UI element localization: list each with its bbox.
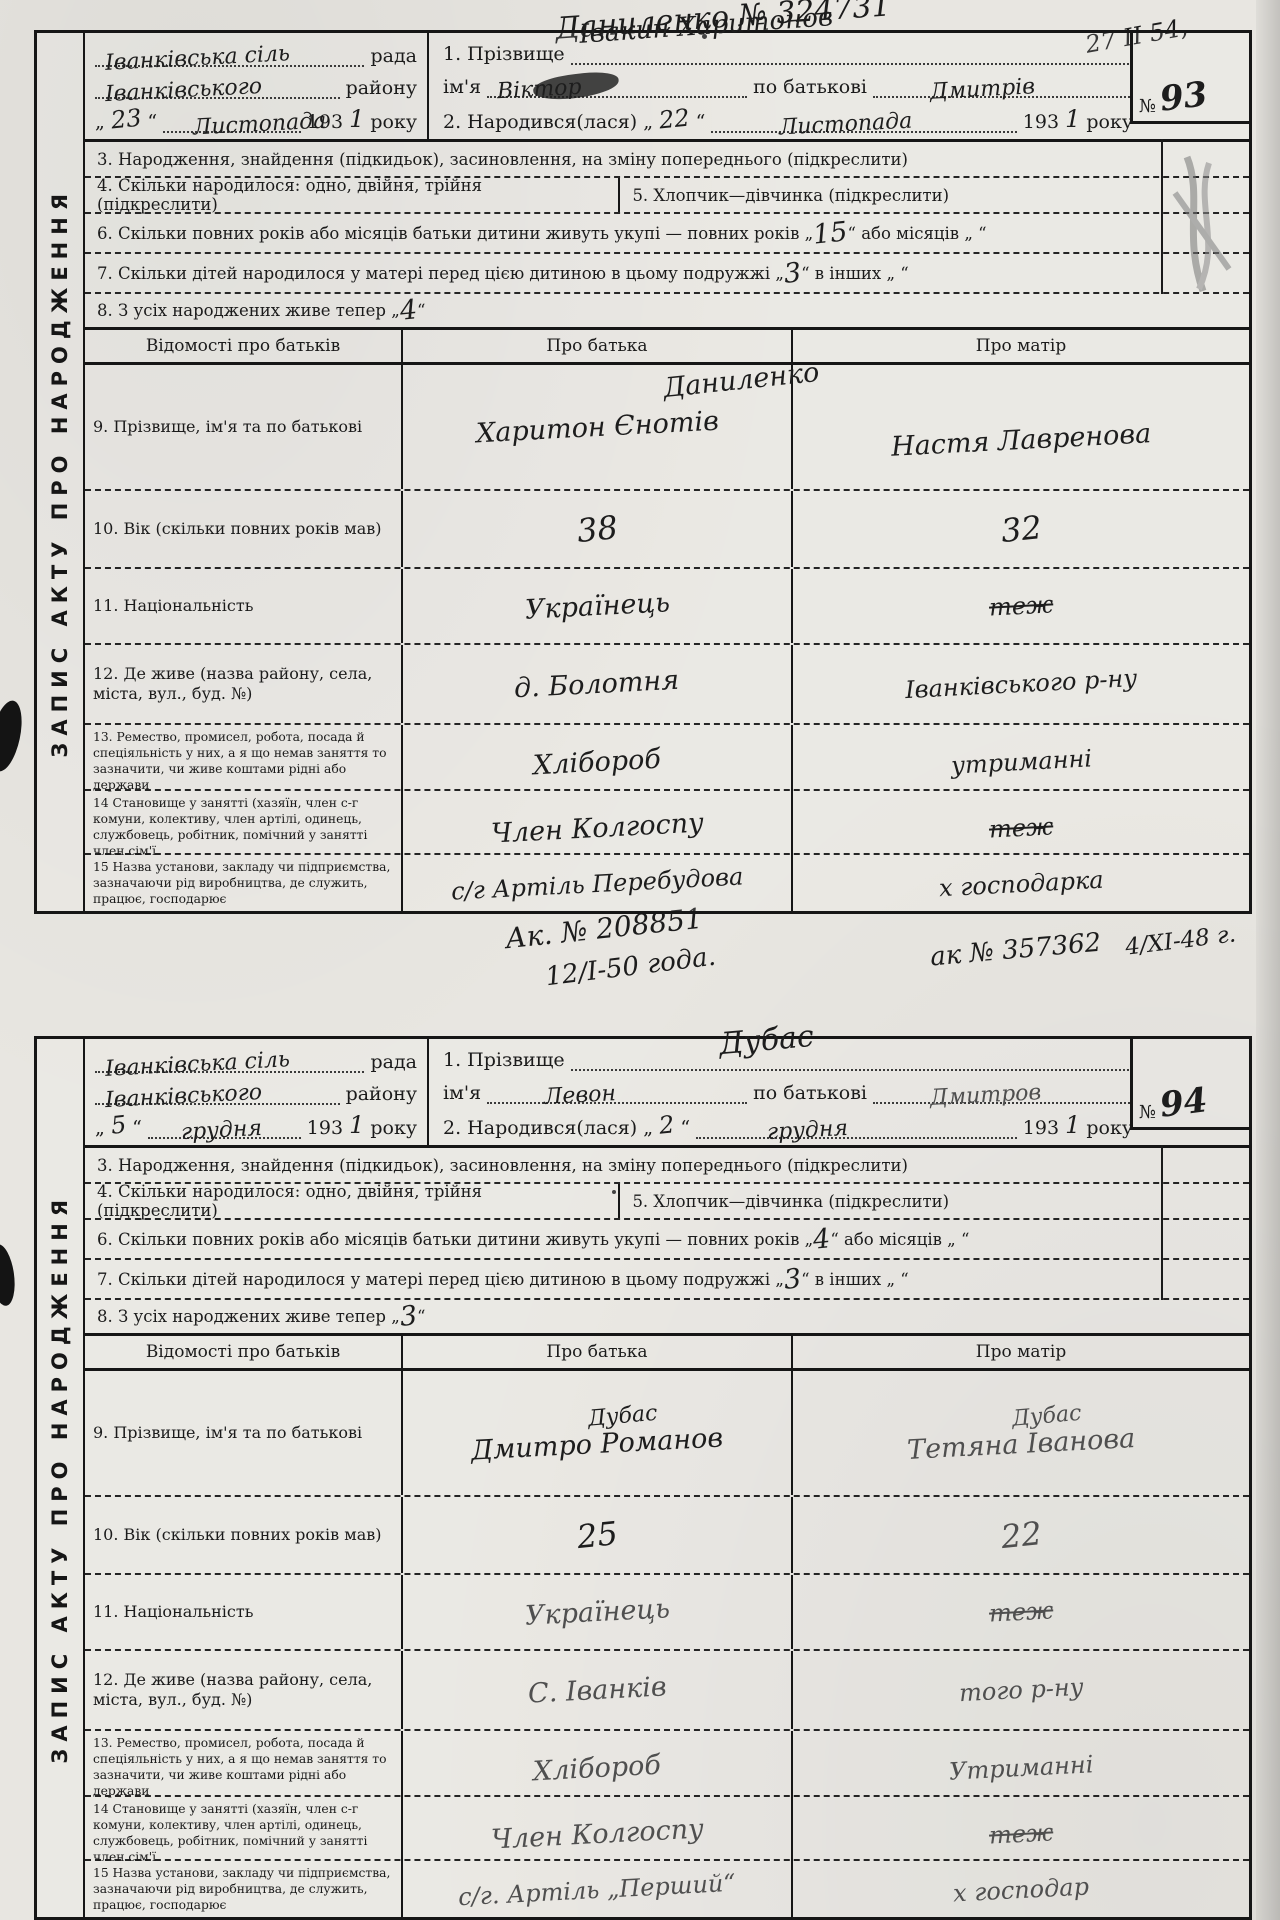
registration-month: Листопада: [193, 109, 327, 141]
surname-label: 1. Прізвище: [443, 1049, 565, 1071]
mother-position: теж: [988, 813, 1054, 844]
registration-day: 5: [109, 1110, 127, 1139]
mother-header: Про матір: [793, 1336, 1249, 1368]
father-fullname: Харитон Єнотів: [475, 405, 719, 449]
alive-now-value: 4: [398, 294, 418, 327]
father-occupation: Хлібороб: [532, 744, 661, 782]
row-9-names: 9. Прізвище, ім'я та по батькові Дубас Д…: [85, 1371, 1249, 1497]
father-position: Член Колгоспу: [490, 807, 704, 849]
mother-organization: х господарка: [938, 866, 1104, 903]
birth-year-digit: 1: [1065, 1111, 1080, 1139]
father-organization: с/г Артіль Перебудова: [450, 863, 744, 906]
right-margin-line: [1161, 139, 1163, 294]
child-block: Івакин Харитонов 1. Прізвище ім'я Віктор…: [429, 33, 1249, 139]
residence-father-part: С. Іванків: [527, 1671, 667, 1709]
mother-age: 32: [999, 508, 1043, 550]
patronymic-label: по батькові: [753, 1082, 867, 1104]
row-13-occupation: 13. Ремество, промисел, робота, посада й…: [85, 725, 1249, 791]
raion-label: району: [346, 77, 417, 99]
raion-value: Іванківського: [104, 1080, 262, 1113]
patronymic-label: по батькові: [753, 76, 867, 98]
row-10-age: 10. Вік (скільки повних років мав) 25 22: [85, 1497, 1249, 1575]
residence-father-part: д. Болотня: [514, 664, 680, 704]
row-14-position: 14 Становище у занятті (хазяїн, член с-г…: [85, 791, 1249, 855]
registration-month: грудня: [181, 1116, 263, 1145]
father-fullname: Дмитро Романов: [470, 1422, 723, 1466]
form-side-column: ЗАПИС АКТУ ПРО НАРОДЖЕННЯ: [37, 1039, 85, 1917]
alive-now-value: 3: [398, 1300, 418, 1333]
registration-date-line: „5“ грудня 1931 року: [95, 1111, 417, 1139]
patronymic-value: Дмитров: [930, 1080, 1042, 1111]
mother-occupation: Утриманні: [948, 1751, 1094, 1787]
registration-day: 23: [109, 103, 142, 134]
side-title: ЗАПИС АКТУ ПРО НАРОДЖЕННЯ: [48, 1193, 72, 1764]
mother-occupation: утриманні: [950, 745, 1092, 780]
years-together-value: 4: [812, 1223, 832, 1256]
row-8: 8. З усіх народжених живе тепер „ 3 “: [85, 1300, 1249, 1336]
row-11-nationality: 11. Національність Українець теж: [85, 1575, 1249, 1651]
parents-table-header: Відомості про батьків Про батька Про мат…: [85, 1336, 1249, 1371]
surname-line: 1. Прізвище: [443, 1045, 1133, 1071]
years-together-value: 15: [812, 216, 849, 250]
rada-value: Іванківська сіль: [104, 1047, 290, 1082]
birth-year-digit: 1: [1065, 105, 1080, 133]
annotation-mid-right-number: ак № 357362: [929, 928, 1102, 973]
mother-nationality: теж: [988, 590, 1054, 621]
born-label: 2. Народився(лася): [443, 111, 637, 133]
mother-organization: х господар: [952, 1873, 1089, 1908]
raion-label: району: [346, 1083, 417, 1105]
mother-nationality: теж: [988, 1596, 1054, 1627]
number-label: №: [1139, 96, 1156, 117]
registration-year-digit: 1: [349, 1111, 364, 1139]
row-3: 3. Народження, знайдення (підкидьок), за…: [85, 1148, 1249, 1184]
father-age: 25: [575, 1514, 619, 1556]
row-13-occupation: 13. Ремество, промисел, робота, посада й…: [85, 1731, 1249, 1797]
row-11-nationality: 11. Національність Українець теж: [85, 569, 1249, 645]
record-number: 94: [1158, 1080, 1210, 1125]
rada-line: Іванківська сіль рада: [95, 1047, 417, 1073]
rada-label: рада: [370, 45, 417, 67]
side-title: ЗАПИС АКТУ ПРО НАРОДЖЕННЯ: [48, 187, 72, 758]
row-8: 8. З усіх народжених живе тепер „ 4 “: [85, 294, 1249, 330]
name-label: ім'я: [443, 1082, 481, 1104]
pencil-scribble: [1169, 149, 1233, 299]
parents-info-header: Відомості про батьків: [85, 1336, 403, 1368]
row-6: 6. Скільки повних років або місяців бать…: [85, 1220, 1249, 1260]
form-header: Іванківська сіль рада Іванківського райо…: [85, 33, 1249, 142]
birth-day: 2: [658, 1110, 676, 1139]
children-before-value: 3: [782, 1263, 802, 1296]
row-10-age: 10. Вік (скільки повних років мав) 38 32: [85, 491, 1249, 569]
birth-record-form-94: ЗАПИС АКТУ ПРО НАРОДЖЕННЯ Іванківська сі…: [34, 1036, 1252, 1920]
form-header: Іванківська сіль рада Іванківського райо…: [85, 1039, 1249, 1148]
patronymic-value: Дмитрів: [930, 74, 1036, 104]
row-15-organization: 15 Назва установи, закладу чи підприємст…: [85, 1861, 1249, 1917]
right-margin-line: [1161, 1145, 1163, 1300]
surname-label: 1. Прізвище: [443, 43, 565, 65]
parents-table-header: Відомості про батьків Про батька Про мат…: [85, 330, 1249, 365]
annotation-mid-right-date: 4/ХІ-48 г.: [1124, 921, 1237, 960]
record-number-box: № 93: [1130, 30, 1252, 124]
paper-damage-blob: [0, 698, 27, 774]
birth-date-line: 2. Народився(лася) „2“ грудня 1931 року: [443, 1111, 1133, 1139]
mother-age: 22: [999, 1514, 1043, 1556]
row-4-5: 4. Скільки народилося: одно, двійня, трі…: [85, 178, 1249, 214]
record-number-box: № 94: [1130, 1036, 1252, 1130]
form-content: Іванківська сіль рада Іванківського райо…: [85, 1039, 1249, 1917]
rada-label: рада: [370, 1051, 417, 1073]
paper-damage-blob: [0, 1243, 18, 1308]
birth-month: Листопада: [778, 109, 912, 141]
ink-blot: [532, 70, 620, 103]
row-15-organization: 15 Назва установи, закладу чи підприємст…: [85, 855, 1249, 911]
row-4-5: 4. Скільки народилося: одно, двійня, трі…: [85, 1184, 1249, 1220]
row-12-residence: 12. Де живе (назва району, села, міста, …: [85, 645, 1249, 725]
raion-value: Іванківського: [104, 74, 262, 107]
father-nationality: Українець: [524, 587, 670, 626]
raion-line: Іванківського району: [95, 1079, 417, 1105]
born-label: 2. Народився(лася): [443, 1117, 637, 1139]
father-occupation: Хлібороб: [532, 1750, 661, 1788]
father-organization: с/г. Артіль „Перший“: [458, 1869, 737, 1911]
council-block: Іванківська сіль рада Іванківського райо…: [85, 33, 429, 139]
mother-fullname: Тетяна Іванова: [906, 1423, 1136, 1466]
row-14-position: 14 Становище у занятті (хазяїн, член с-г…: [85, 1797, 1249, 1861]
row-5-label: 5. Хлопчик—дівчинка (підкреслити): [620, 1184, 1249, 1218]
registration-date-line: „23“ Листопада 1931 року: [95, 105, 417, 133]
birth-day: 22: [658, 103, 691, 134]
annotation-mid-date: 12/І-50 года.: [544, 942, 718, 993]
scan-edge-shadow: [1256, 0, 1280, 1920]
mother-fullname: Настя Лавренова: [890, 418, 1152, 463]
birth-record-form-93: ЗАПИС АКТУ ПРО НАРОДЖЕННЯ Іванківська сі…: [34, 30, 1252, 914]
residence-mother-part: Іванківського р-ну: [904, 664, 1137, 704]
row-7: 7. Скільки дітей народилося у матері пер…: [85, 254, 1249, 294]
council-block: Іванківська сіль рада Іванківського райо…: [85, 1039, 429, 1145]
row-12-residence: 12. Де живе (назва району, села, міста, …: [85, 1651, 1249, 1731]
row-4-label: 4. Скільки народилося: одно, двійня, трі…: [85, 178, 620, 212]
father-position: Член Колгоспу: [490, 1813, 704, 1855]
children-before-value: 3: [782, 257, 802, 290]
registration-year-digit: 1: [349, 105, 364, 133]
name-value: Левон: [544, 1081, 617, 1110]
parents-info-header: Відомості про батьків: [85, 330, 403, 362]
name-patronymic-line: ім'я Віктор по батькові Дмитрів: [443, 72, 1133, 98]
residence-mother-part: того р-ну: [958, 1673, 1084, 1707]
number-label: №: [1139, 1102, 1156, 1123]
birth-date-line: 2. Народився(лася) „22“ Листопада 1931 р…: [443, 105, 1133, 133]
father-header: Про батька: [403, 1336, 793, 1368]
form-side-column: ЗАПИС АКТУ ПРО НАРОДЖЕННЯ: [37, 33, 85, 911]
row-4-label: 4. Скільки народилося: одно, двійня, трі…: [85, 1184, 620, 1218]
birth-month: грудня: [766, 1116, 848, 1145]
row-3: 3. Народження, знайдення (підкидьок), за…: [85, 142, 1249, 178]
form-content: Іванківська сіль рада Іванківського райо…: [85, 33, 1249, 911]
rada-value: Іванківська сіль: [104, 41, 290, 76]
row-7: 7. Скільки дітей народилося у матері пер…: [85, 1260, 1249, 1300]
name-patronymic-line: ім'я Левон по батькові Дмитров: [443, 1078, 1133, 1104]
surname-line: 1. Прізвище: [443, 39, 1133, 65]
father-nationality: Українець: [524, 1593, 670, 1632]
name-label: ім'я: [443, 76, 481, 98]
record-number: 93: [1158, 74, 1210, 119]
row-9-names: 9. Прізвище, ім'я та по батькові Харитон…: [85, 365, 1249, 491]
scanned-birth-register-page: Даниленко № 324731 27 ІІ 54, Ак. № 20885…: [0, 0, 1280, 1920]
father-age: 38: [575, 508, 619, 550]
child-block: Дубас 1. Прізвище ім'я Левон по батькові…: [429, 1039, 1249, 1145]
row-5-label: 5. Хлопчик—дівчинка (підкреслити): [620, 178, 1249, 212]
row-6: 6. Скільки повних років або місяців бать…: [85, 214, 1249, 254]
mother-position: теж: [988, 1819, 1054, 1850]
father-header: Про батька: [403, 330, 793, 362]
mother-header: Про матір: [793, 330, 1249, 362]
rada-line: Іванківська сіль рада: [95, 41, 417, 67]
raion-line: Іванківського району: [95, 73, 417, 99]
